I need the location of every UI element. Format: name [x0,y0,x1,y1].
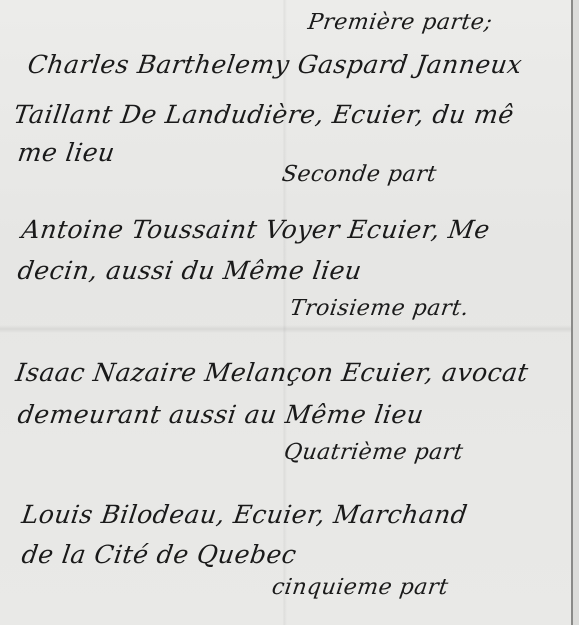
text-line-6: Isaac Nazaire Melançon Ecuier, avocat [14,358,530,387]
text-line-8: Louis Bilodeau, Ecuier, Marchand [20,500,470,529]
heading-troisieme-partie: Troisieme part. [288,296,470,321]
heading-premiere-partie: Première parte; [306,10,494,35]
text-line-3: me lieu [16,138,117,167]
paper-fold [0,325,579,333]
heading-cinquieme-partie: cinquieme part [270,575,450,600]
heading-quatrieme-partie: Quatrième part [282,440,465,465]
text-line-5: decin, aussi du Même lieu [16,256,364,285]
text-line-1: Charles Barthelemy Gaspard Janneux [26,50,524,79]
text-line-9: de la Cité de Quebec [20,540,299,569]
text-line-7: demeurant aussi au Même lieu [16,400,426,429]
text-line-2: Taillant De Landudière, Ecuier, du mê [12,100,516,129]
margin-edge [573,0,579,625]
text-line-4: Antoine Toussaint Voyer Ecuier, Me [20,215,492,244]
heading-seconde-partie: Seconde part [280,162,438,187]
